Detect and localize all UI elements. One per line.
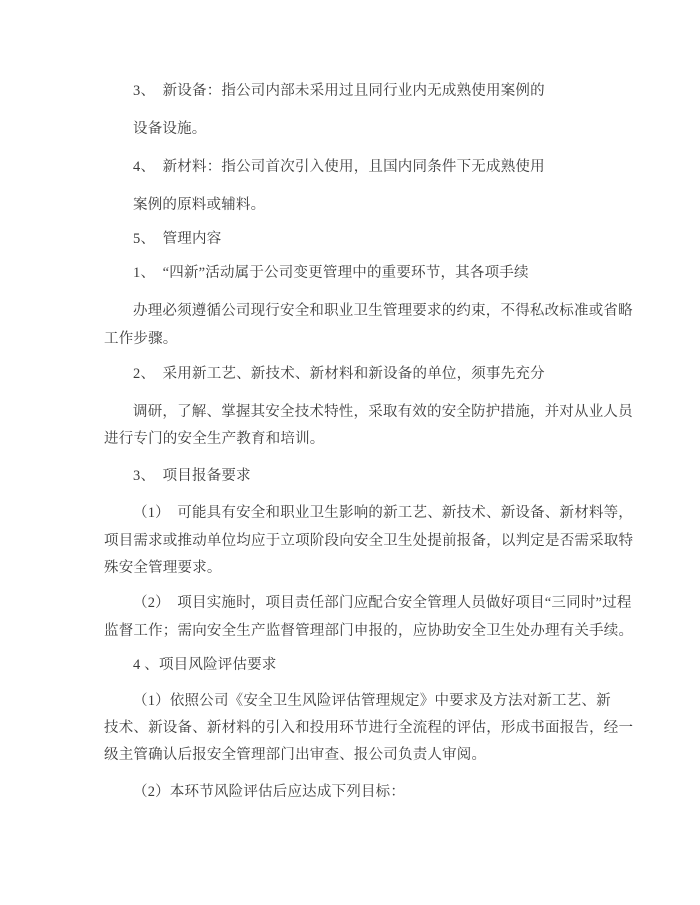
doc-line-14: 项目需求或推动单位均应于立项阶段向安全卫生处提前报备，以判定是否需采取特 (104, 533, 633, 550)
doc-line-7: 办理必须遵循公司现行安全和职业卫生管理要求的约束，不得私改标准或省略 (133, 303, 633, 320)
doc-line-21: 级主管确认后报安全管理部门出审查、报公司负责人审阅。 (104, 747, 486, 764)
doc-line-13: （1） 可能具有安全和职业卫生影响的新工艺、新技术、新设备、新材料等， (133, 505, 633, 522)
doc-line-11: 进行专门的安全生产教育和培训。 (104, 431, 325, 448)
doc-line-1: 3、 新设备：指公司内部未采用过且同行业内无成熟使用案例的 (133, 83, 545, 100)
doc-line-18: 4 、项目风险评估要求 (133, 657, 277, 674)
doc-line-15: 殊安全管理要求。 (104, 560, 222, 577)
doc-line-20: 技术、新设备、新材料的引入和投用环节进行全流程的评估，形成书面报告，经一 (104, 720, 633, 737)
doc-line-3: 4、 新材料：指公司首次引入使用，且国内同条件下无成熟使用 (133, 159, 545, 176)
doc-line-16: （2） 项目实施时，项目责任部门应配合安全管理人员做好项目“三同时”过程 (133, 595, 632, 612)
doc-line-2: 设备设施。 (133, 121, 207, 138)
doc-line-10: 调研，了解、掌握其安全技术特性，采取有效的安全防护措施，并对从业人员 (133, 404, 633, 421)
doc-line-19: （1）依照公司《安全卫生风险评估管理规定》中要求及方法对新工艺、新 (133, 693, 611, 710)
document-page: 3、 新设备：指公司内部未采用过且同行业内无成熟使用案例的 设备设施。 4、 新… (0, 0, 700, 905)
doc-line-8: 工作步骤。 (104, 331, 178, 348)
doc-line-12: 3、 项目报备要求 (133, 468, 251, 485)
doc-line-17: 监督工作；需向安全生产监督管理部门申报的，应协助安全卫生处办理有关手续。 (104, 623, 633, 640)
doc-line-5: 5、 管理内容 (133, 231, 221, 248)
doc-line-4: 案例的原料或辅料。 (133, 197, 265, 214)
doc-line-6: 1、 “四新”活动属于公司变更管理中的重要环节，其各项手续 (133, 265, 529, 282)
doc-line-9: 2、 采用新工艺、新技术、新材料和新设备的单位，须事先充分 (133, 366, 545, 383)
doc-line-22: （2）本环节风险评估后应达成下列目标： (133, 784, 405, 801)
